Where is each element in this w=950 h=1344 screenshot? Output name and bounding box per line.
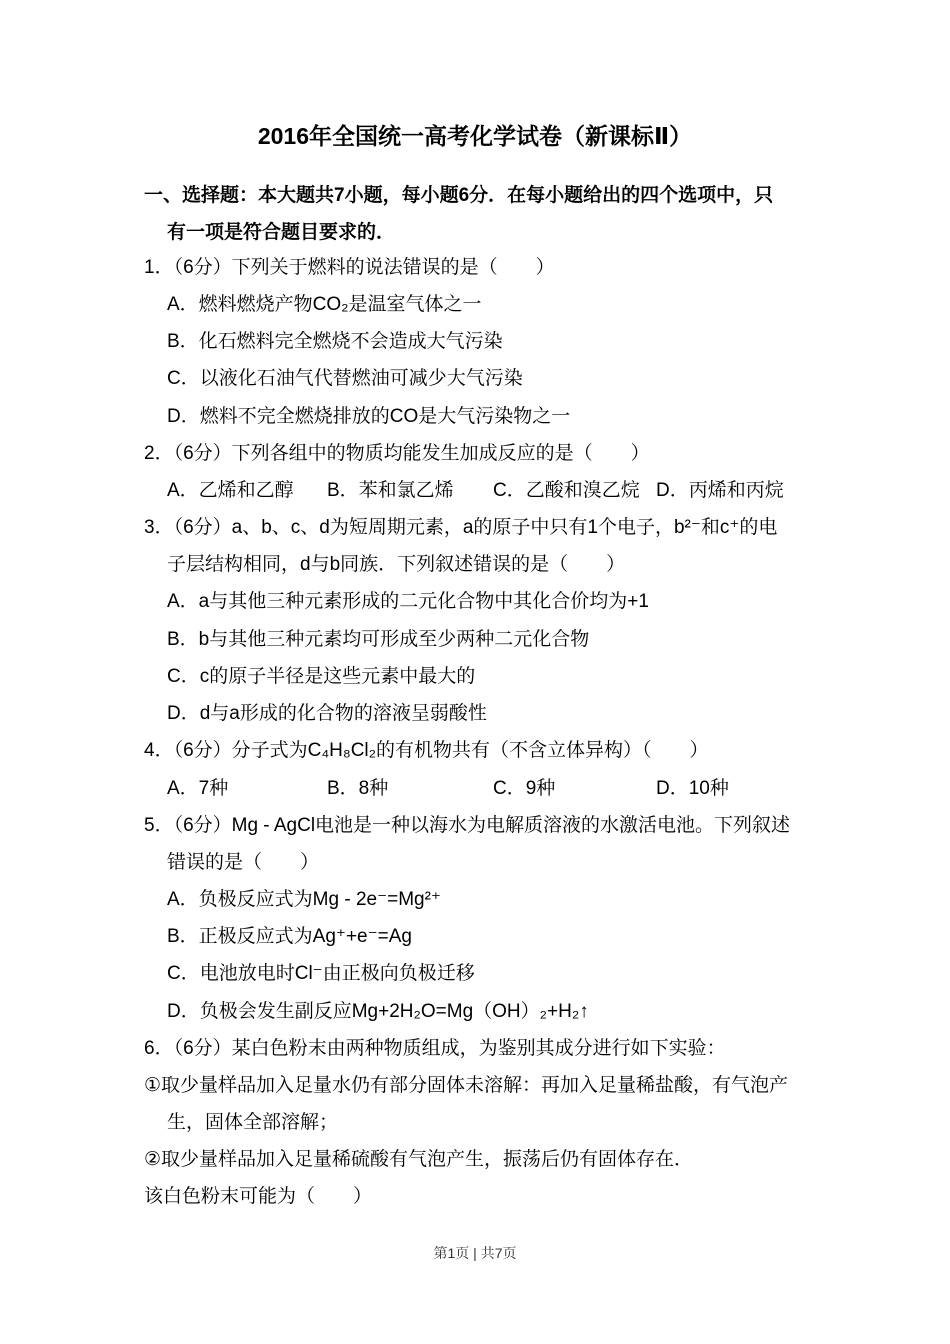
question-3-option-d: D．d与a形成的化合物的溶液呈弱酸性 <box>167 702 487 726</box>
exam-document-page: 2016年全国统一高考化学试卷（新课标Ⅱ） 一、选择题：本大题共7小题，每小题6… <box>0 0 950 1344</box>
question-2-option-d: D．丙烯和丙烷 <box>656 479 784 503</box>
question-6-experiment1-line2: 生，固体全部溶解； <box>167 1111 338 1135</box>
section-header-line1: 一、选择题：本大题共7小题，每小题6分．在每小题给出的四个选项中，只 <box>144 184 773 208</box>
question-1-stem: 1．（6分）下列关于燃料的说法错误的是（ ） <box>144 256 555 280</box>
question-6-experiment1-line1: ①取少量样品加入足量水仍有部分固体未溶解：再加入足量稀盐酸，有气泡产 <box>144 1074 788 1098</box>
question-6-experiment2: ②取少量样品加入足量稀硫酸有气泡产生，振荡后仍有固体存在． <box>144 1148 693 1172</box>
question-2-option-b: B．苯和氯乙烯 <box>327 479 454 503</box>
question-6-conclusion: 该白色粉末可能为（ ） <box>144 1185 372 1209</box>
page-number-indicator: 第1页 | 共7页 <box>0 1243 950 1263</box>
question-5-option-c: C．电池放电时Cl⁻由正极向负极迁移 <box>167 962 475 986</box>
question-5-stem-line2: 错误的是（ ） <box>167 851 319 875</box>
question-1-option-c: C．以液化石油气代替燃油可减少大气污染 <box>167 367 523 391</box>
question-5-option-b: B．正极反应式为Ag⁺+e⁻=Ag <box>167 925 412 949</box>
question-4-option-c: C．9种 <box>493 777 555 801</box>
question-3-option-a: A．a与其他三种元素形成的二元化合物中其化合价均为+1 <box>167 590 649 614</box>
question-1-option-d: D．燃料不完全燃烧排放的CO是大气污染物之一 <box>167 405 570 429</box>
exam-title: 2016年全国统一高考化学试卷（新课标Ⅱ） <box>0 121 950 151</box>
question-3-option-c: C．c的原子半径是这些元素中最大的 <box>167 665 475 689</box>
question-3-stem-line2: 子层结构相同，d与b同族．下列叙述错误的是（ ） <box>167 553 625 577</box>
question-3-option-b: B．b与其他三种元素均可形成至少两种二元化合物 <box>167 628 589 652</box>
question-1-option-b: B．化石燃料完全燃烧不会造成大气污染 <box>167 330 503 354</box>
question-2-option-c: C．乙酸和溴乙烷 <box>493 479 640 503</box>
section-header-line2: 有一项是符合题目要求的． <box>167 221 395 245</box>
question-4-stem: 4．（6分）分子式为C₄H₈Cl₂的有机物共有（不含立体异构）（ ） <box>144 739 709 763</box>
question-2-option-a: A．乙烯和乙醇 <box>167 479 294 503</box>
question-5-option-d: D．负极会发生副反应Mg+2H₂O=Mg（OH）₂+H₂↑ <box>167 1000 589 1024</box>
question-3-stem-line1: 3．（6分）a、b、c、d为短周期元素，a的原子中只有1个电子，b²⁻和c⁺的电 <box>144 516 777 540</box>
question-5-option-a: A．负极反应式为Mg - 2e⁻=Mg²⁺ <box>167 888 441 912</box>
question-6-stem: 6．（6分）某白色粉末由两种物质组成，为鉴别其成分进行如下实验： <box>144 1037 726 1061</box>
question-5-stem-line1: 5．（6分）Mg - AgCl电池是一种以海水为电解质溶液的水激活电池。下列叙述 <box>144 814 790 838</box>
question-4-option-b: B．8种 <box>327 777 388 801</box>
question-4-option-a: A．7种 <box>167 777 228 801</box>
question-4-option-d: D．10种 <box>656 777 729 801</box>
question-1-option-a: A．燃料燃烧产物CO₂是温室气体之一 <box>167 293 482 317</box>
question-2-stem: 2．（6分）下列各组中的物质均能发生加成反应的是（ ） <box>144 442 650 466</box>
